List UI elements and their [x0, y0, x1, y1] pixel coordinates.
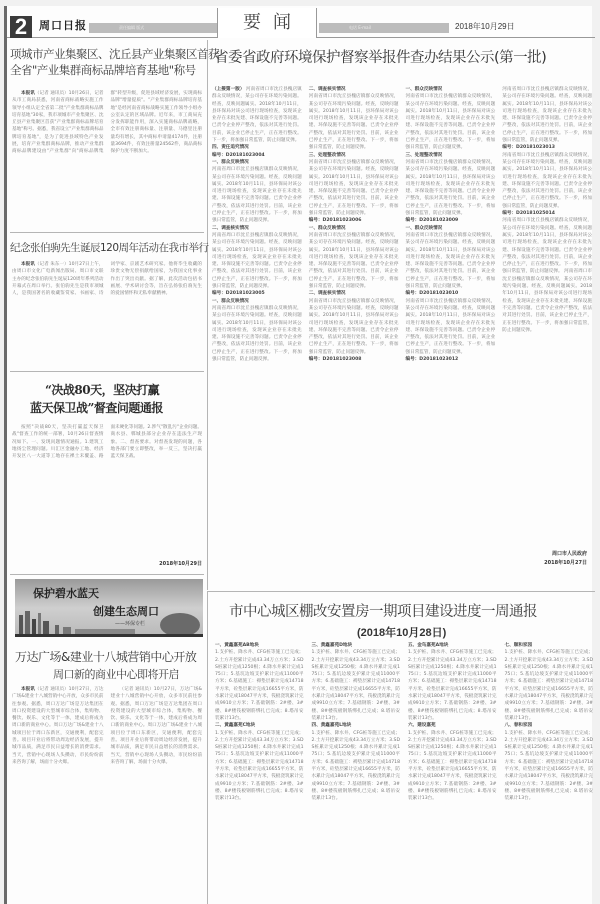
article-headline: 万达广场&建业十八城营销中心开放	[15, 648, 196, 665]
article-body: 本报讯（记者 通讯员）10月26日，记者从市工商局获悉，河南省商标战略实施工作领…	[12, 90, 202, 230]
article-body: 按照"决战80天，坚决打赢蓝天保卫战"督查工作的统一部署，10月26日督查情况如…	[12, 424, 202, 556]
banner-line-1: 保护碧水蓝天	[33, 585, 99, 601]
article-date: 2018年10月29日	[147, 560, 202, 567]
article-headline: 纪念张伯驹先生诞辰120周年活动在我市举行	[10, 240, 209, 255]
column-divider	[207, 40, 208, 590]
contact-bar: 电话 E-mail	[319, 23, 449, 33]
article-body: 本报讯（记者 朱东一）10月27日上午，由周口市文化广电新闻出版局、周口市文联主…	[12, 261, 202, 366]
environment-column-banner: 保护碧水蓝天 创建生态周口 ——环保专栏	[15, 579, 203, 637]
article-headline: 蓝天保卫战”督查问题通报	[30, 399, 163, 416]
article-body: 一、黄鑫嘉苑AB地块 1.支护桩、降水井、CFG桩等施工已完成；2.土方开挖累计…	[215, 642, 593, 902]
article-headline: 项城市产业集聚区、沈丘县产业集聚区首获	[10, 46, 219, 62]
report-date: (2018年10月28日)	[357, 624, 446, 640]
city-skyline-image	[15, 607, 203, 637]
signature: 周口市人民政府	[527, 550, 587, 557]
signature-date: 2018年10月27日	[517, 559, 587, 566]
editor-line: 责任编辑 版式	[119, 25, 144, 31]
article-headline: “决战80天，坚决打赢	[45, 381, 159, 398]
issue-date: 2018年10月29日	[455, 21, 515, 32]
article-body: （上接第一版） 河南省周口市沈丘县槐店镇群众反映情况，某公司存在环境污染问题。经…	[212, 86, 592, 541]
article-headline: 省委省政府环境保护督察举报件查办结果公示(第一批)	[214, 46, 546, 67]
section-title: 要闻	[217, 8, 317, 38]
article-headline: 市中心城区棚改安置房一期项目建设进度一周通报	[229, 600, 537, 621]
column-divider	[207, 591, 208, 904]
article-divider	[10, 232, 204, 233]
editor-bar: 责任编辑 版式	[89, 23, 217, 33]
byline: 本报讯	[21, 687, 35, 692]
byline: 本报讯	[21, 91, 35, 96]
byline: 本报讯	[21, 262, 35, 267]
article-body: 本报讯（记者 通讯员）10月27日，万达广场&建业十八城营销中心开放，众多市民前…	[12, 686, 202, 901]
newspaper-page: 2 周口日报 责任编辑 版式 要闻 电话 E-mail 2018年10月29日 …	[4, 6, 592, 904]
contact-line: 电话 E-mail	[349, 25, 371, 31]
article-divider	[10, 574, 204, 575]
paper-name: 周口日报	[39, 17, 87, 33]
page-number: 2	[10, 16, 32, 38]
section-divider	[207, 591, 595, 592]
article-divider	[10, 371, 204, 372]
article-headline: 全省"产业集群商标品牌培育基地"称号	[10, 62, 196, 78]
masthead: 2 周口日报 责任编辑 版式 要闻 电话 E-mail 2018年10月29日	[7, 12, 595, 38]
article-subheadline: 周口新的商业中心即将开启	[53, 666, 179, 682]
